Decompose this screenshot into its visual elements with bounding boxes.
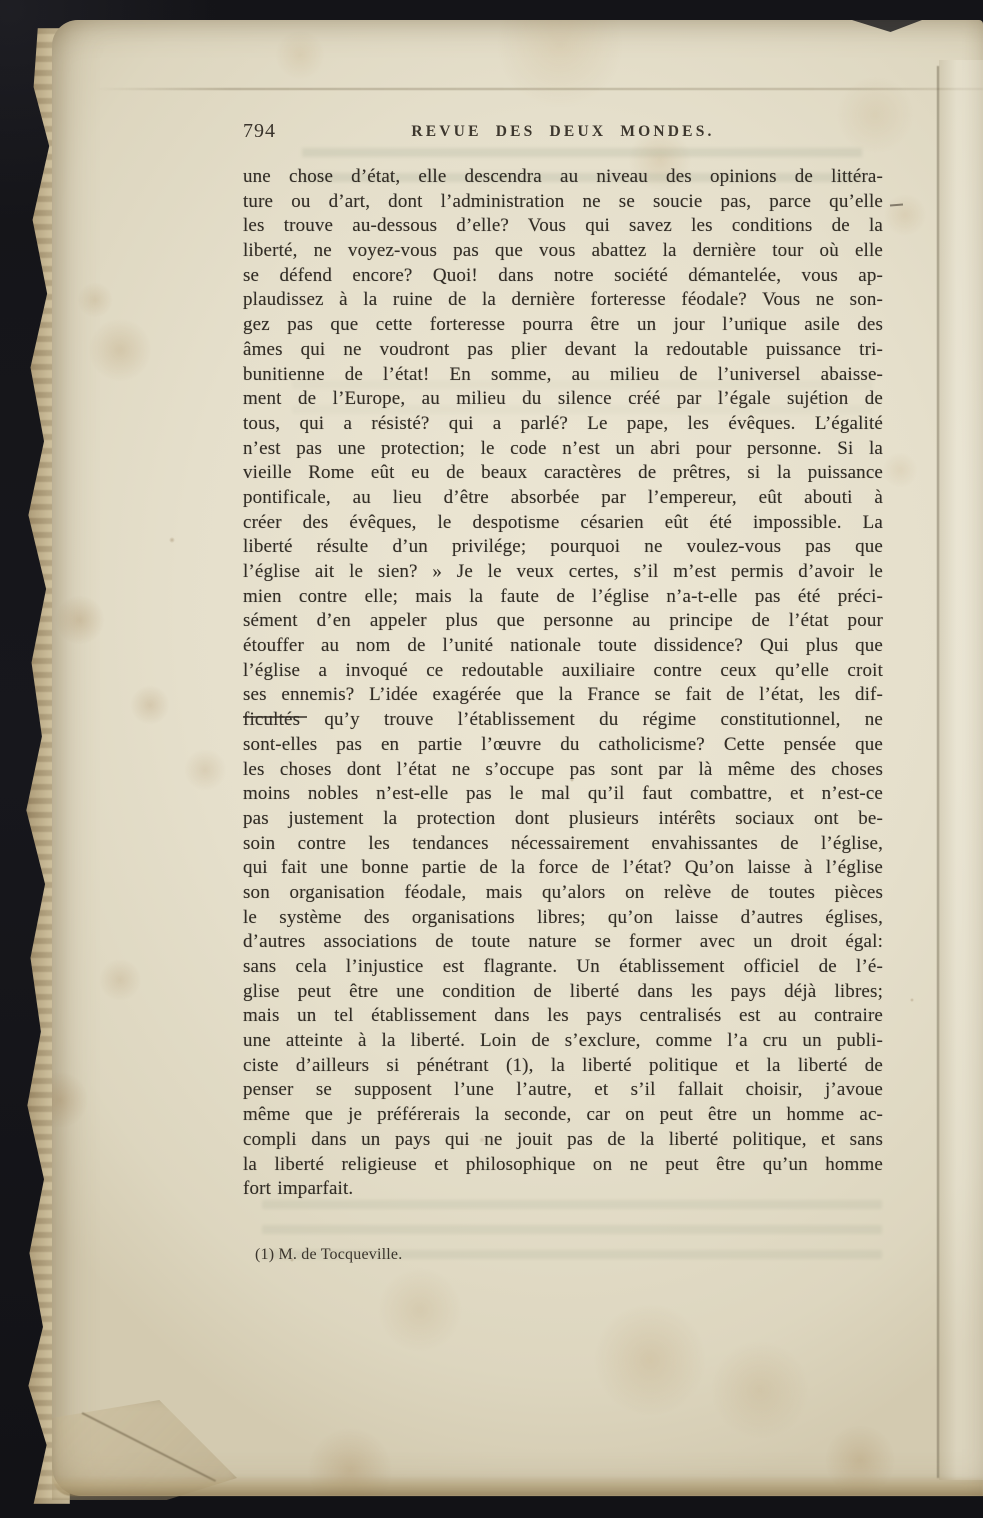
running-title: REVUE DES DEUX MONDES. <box>243 123 883 141</box>
body-text: une chose d’état, elle descendra au nive… <box>243 165 883 1202</box>
text-line: n’est pas une protection; le code n’est … <box>243 437 883 462</box>
text-line: âmes qui ne voudront pas plier devant la… <box>243 338 883 363</box>
text-line: le système des organisations libres; qu’… <box>243 906 883 931</box>
top-edge-notch <box>852 20 922 32</box>
text-line: créer des évêques, le despotisme césarie… <box>243 511 883 536</box>
text-line: ture ou d’art, dont l’administration ne … <box>243 190 883 215</box>
text-line: soin contre les tendances nécessairement… <box>243 832 883 857</box>
text-line: glise peut être une condition de liberté… <box>243 980 883 1005</box>
page-header: 794 REVUE DES DEUX MONDES. <box>243 120 883 146</box>
text-line: ficultés qu’y trouve l’établissement du … <box>243 708 883 733</box>
text-line: liberté résulte d’un privilége; pourquoi… <box>243 535 883 560</box>
text-line: les trouve au-dessous d’elle? Vous qui s… <box>243 214 883 239</box>
book-page: 794 REVUE DES DEUX MONDES. une chose d’é… <box>52 20 983 1496</box>
book-scan: 794 REVUE DES DEUX MONDES. une chose d’é… <box>0 0 983 1518</box>
text-line: gez pas que cette forteresse pourra être… <box>243 313 883 338</box>
text-line: l’église ait le sien? » Je le veux certe… <box>243 560 883 585</box>
text-line: bunitienne de l’état! En somme, au milie… <box>243 363 883 388</box>
text-line: mais un tel établissement dans les pays … <box>243 1004 883 1029</box>
bottom-page-edge <box>52 1476 983 1496</box>
text-line: liberté, ne voyez-vous pas que vous abat… <box>243 239 883 264</box>
footnote: (1) M. de Tocqueville. <box>255 1246 875 1264</box>
text-line: sont-elles pas en partie l’œuvre du cath… <box>243 733 883 758</box>
text-line: se défend encore? Quoi! dans notre socié… <box>243 264 883 289</box>
page-gutter-line <box>937 66 939 1478</box>
text-line: ses ennemis? L’idée exagérée que la Fran… <box>243 683 883 708</box>
text-line: même que je préférerais la seconde, car … <box>243 1103 883 1128</box>
text-line: mien contre elle; mais la faute de l’égl… <box>243 585 883 610</box>
top-crease-line <box>96 88 983 90</box>
text-line: une chose d’état, elle descendra au nive… <box>243 165 883 190</box>
text-line: vieille Rome eût eu de beaux caractères … <box>243 461 883 486</box>
print-artifact-line <box>243 716 307 718</box>
text-line: fort imparfait. <box>243 1177 883 1202</box>
text-line: compli dans un pays qui ne jouit pas de … <box>243 1128 883 1153</box>
text-line: plaudissez à la ruine de la dernière for… <box>243 288 883 313</box>
text-line: penser se supposent l’une l’autre, et s’… <box>243 1078 883 1103</box>
text-line: qui fait une bonne partie de la force de… <box>243 856 883 881</box>
text-line: moins nobles n’est-elle pas le mal qu’il… <box>243 782 883 807</box>
text-line: son organisation féodale, mais qu’alors … <box>243 881 883 906</box>
text-line: une atteinte à la liberté. Loin de s’exc… <box>243 1029 883 1054</box>
text-line: ciste d’ailleurs si pénétrant (1), la li… <box>243 1054 883 1079</box>
text-line: la liberté religieuse et philosophique o… <box>243 1153 883 1178</box>
text-line: étouffer au nom de l’unité nationale tou… <box>243 634 883 659</box>
adjacent-page-area <box>939 60 983 1480</box>
text-line: tous, qui a résisté? qui a parlé? Le pap… <box>243 412 883 437</box>
text-line: d’autres associations de toute nature se… <box>243 930 883 955</box>
text-line: les choses dont l’état ne s’occupe pas s… <box>243 758 883 783</box>
text-line: pas justement la protection dont plusieu… <box>243 807 883 832</box>
margin-mark <box>890 204 903 207</box>
text-line: l’église a invoqué ce redoutable auxilia… <box>243 659 883 684</box>
text-line: ment de l’Europe, au milieu du silence c… <box>243 387 883 412</box>
text-line: pontificale, au lieu d’être absorbée par… <box>243 486 883 511</box>
text-line: sans cela l’injustice est flagrante. Un … <box>243 955 883 980</box>
text-line: sément d’en appeler plus que personne au… <box>243 609 883 634</box>
